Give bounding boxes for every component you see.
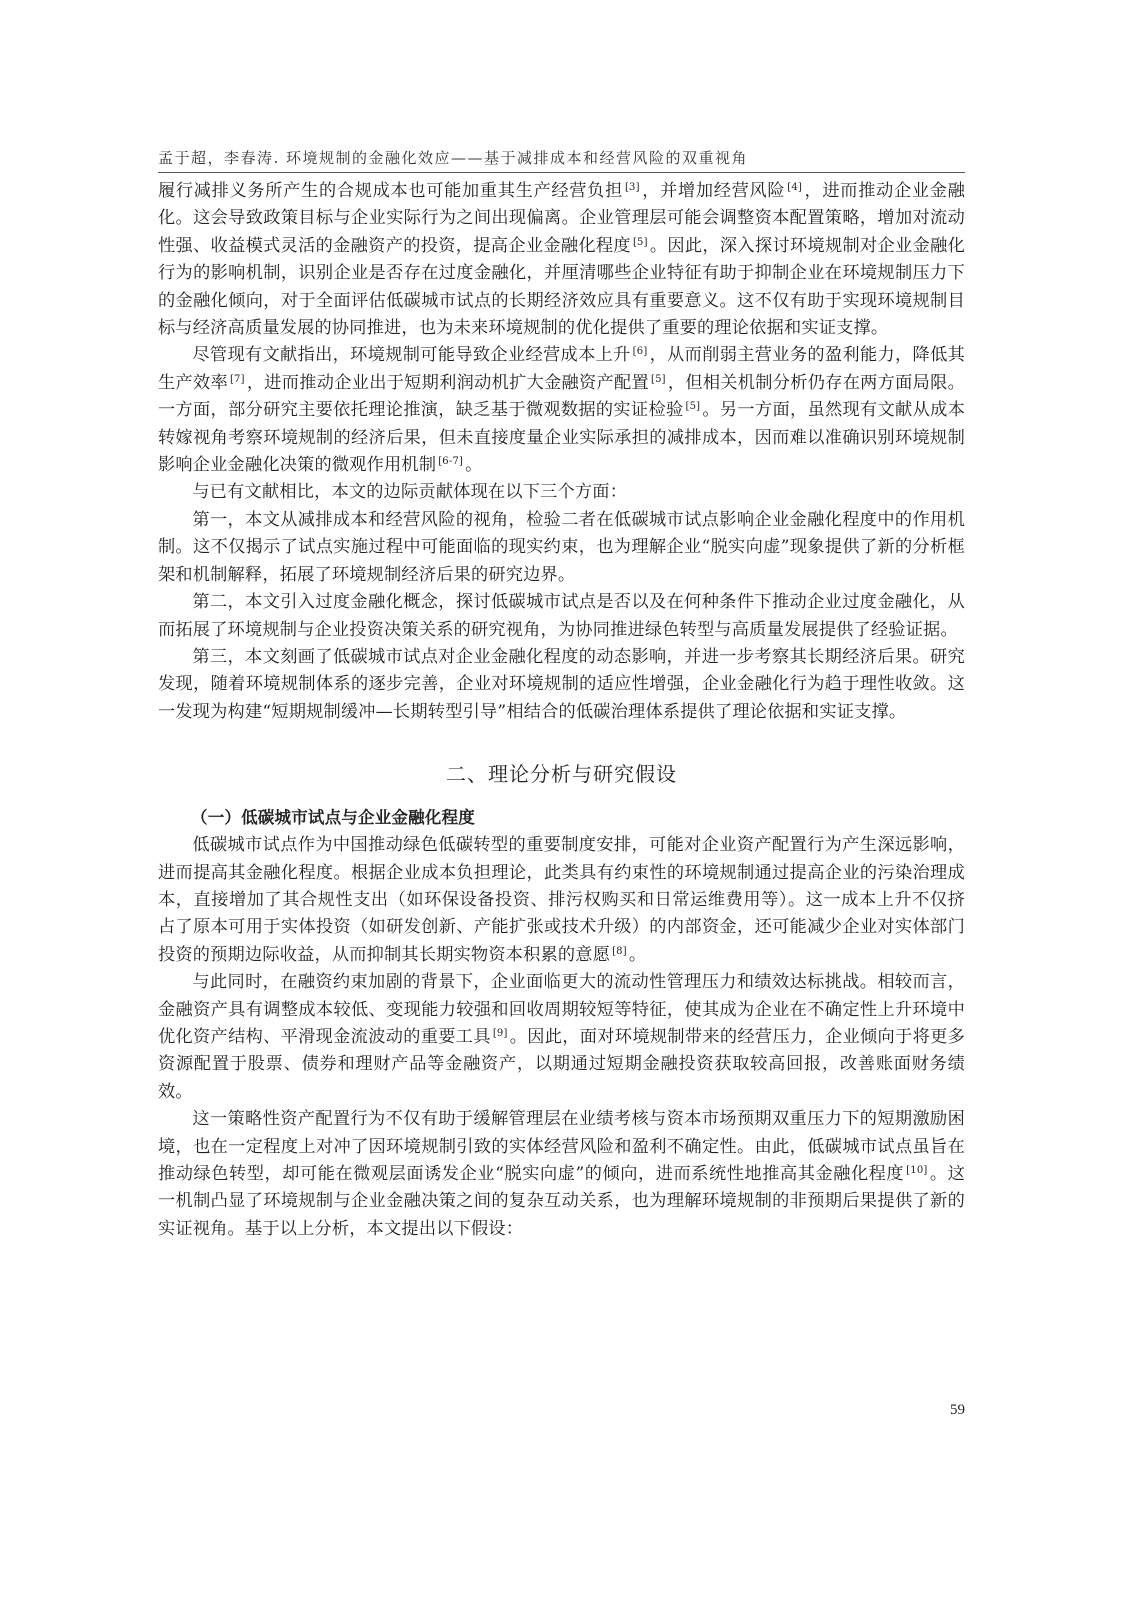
intro-paragraphs: 履行减排义务所产生的合规成本也可能加重其生产经营负担[3]，并增加经营风险[4]… — [158, 178, 965, 726]
citation-reference[interactable]: [9] — [491, 1028, 510, 1039]
paragraph: 尽管现有文献指出，环境规制可能导致企业经营成本上升[6]，从而削弱主营业务的盈利… — [158, 342, 965, 479]
citation-reference[interactable]: [10] — [904, 1165, 929, 1176]
section-title: 二、理论分析与研究假设 — [158, 760, 965, 788]
paragraph: 第一，本文从减排成本和经营风险的视角，检验二者在低碳城市试点影响企业金融化程度中… — [158, 507, 965, 589]
paragraph: 这一策略性资产配置行为不仅有助于缓解管理层在业绩考核与资本市场预期双重压力下的短… — [158, 1106, 965, 1243]
citation-reference[interactable]: [5] — [631, 237, 650, 248]
citation-reference[interactable]: [3] — [623, 182, 642, 193]
running-head: 孟于超，李春涛. 环境规制的金融化效应——基于减排成本和经营风险的双重视角 — [158, 147, 965, 168]
paragraph: 履行减排义务所产生的合规成本也可能加重其生产经营负担[3]，并增加经营风险[4]… — [158, 178, 965, 342]
citation-reference[interactable]: [5] — [649, 374, 668, 385]
citation-reference[interactable]: [6-7] — [436, 456, 465, 467]
citation-reference[interactable]: [7] — [228, 374, 247, 385]
page-number: 59 — [950, 1402, 965, 1419]
subsection-title: （一）低碳城市试点与企业金融化程度 — [158, 804, 965, 832]
paragraph: 第三，本文刻画了低碳城市试点对企业金融化程度的动态影响，并进一步考察其长期经济后… — [158, 644, 965, 726]
paragraph: 第二，本文引入过度金融化概念，探讨低碳城市试点是否以及在何种条件下推动企业过度金… — [158, 589, 965, 644]
citation-reference[interactable]: [6] — [631, 346, 650, 357]
section-paragraphs: 低碳城市试点作为中国推动绿色低碳转型的重要制度安排，可能对企业资产配置行为产生深… — [158, 832, 965, 1243]
paragraph: 与已有文献相比，本文的边际贡献体现在以下三个方面： — [158, 479, 965, 506]
citation-reference[interactable]: [4] — [785, 182, 804, 193]
paragraph: 与此同时，在融资约束加剧的背景下，企业面临更大的流动性管理压力和绩效达标挑战。相… — [158, 969, 965, 1106]
citation-reference[interactable]: [5] — [683, 401, 702, 412]
header-rule-divider — [158, 172, 965, 173]
citation-reference[interactable]: [8] — [610, 946, 629, 957]
paragraph: 低碳城市试点作为中国推动绿色低碳转型的重要制度安排，可能对企业资产配置行为产生深… — [158, 832, 965, 969]
body-text: 履行减排义务所产生的合规成本也可能加重其生产经营负担[3]，并增加经营风险[4]… — [158, 178, 965, 1243]
